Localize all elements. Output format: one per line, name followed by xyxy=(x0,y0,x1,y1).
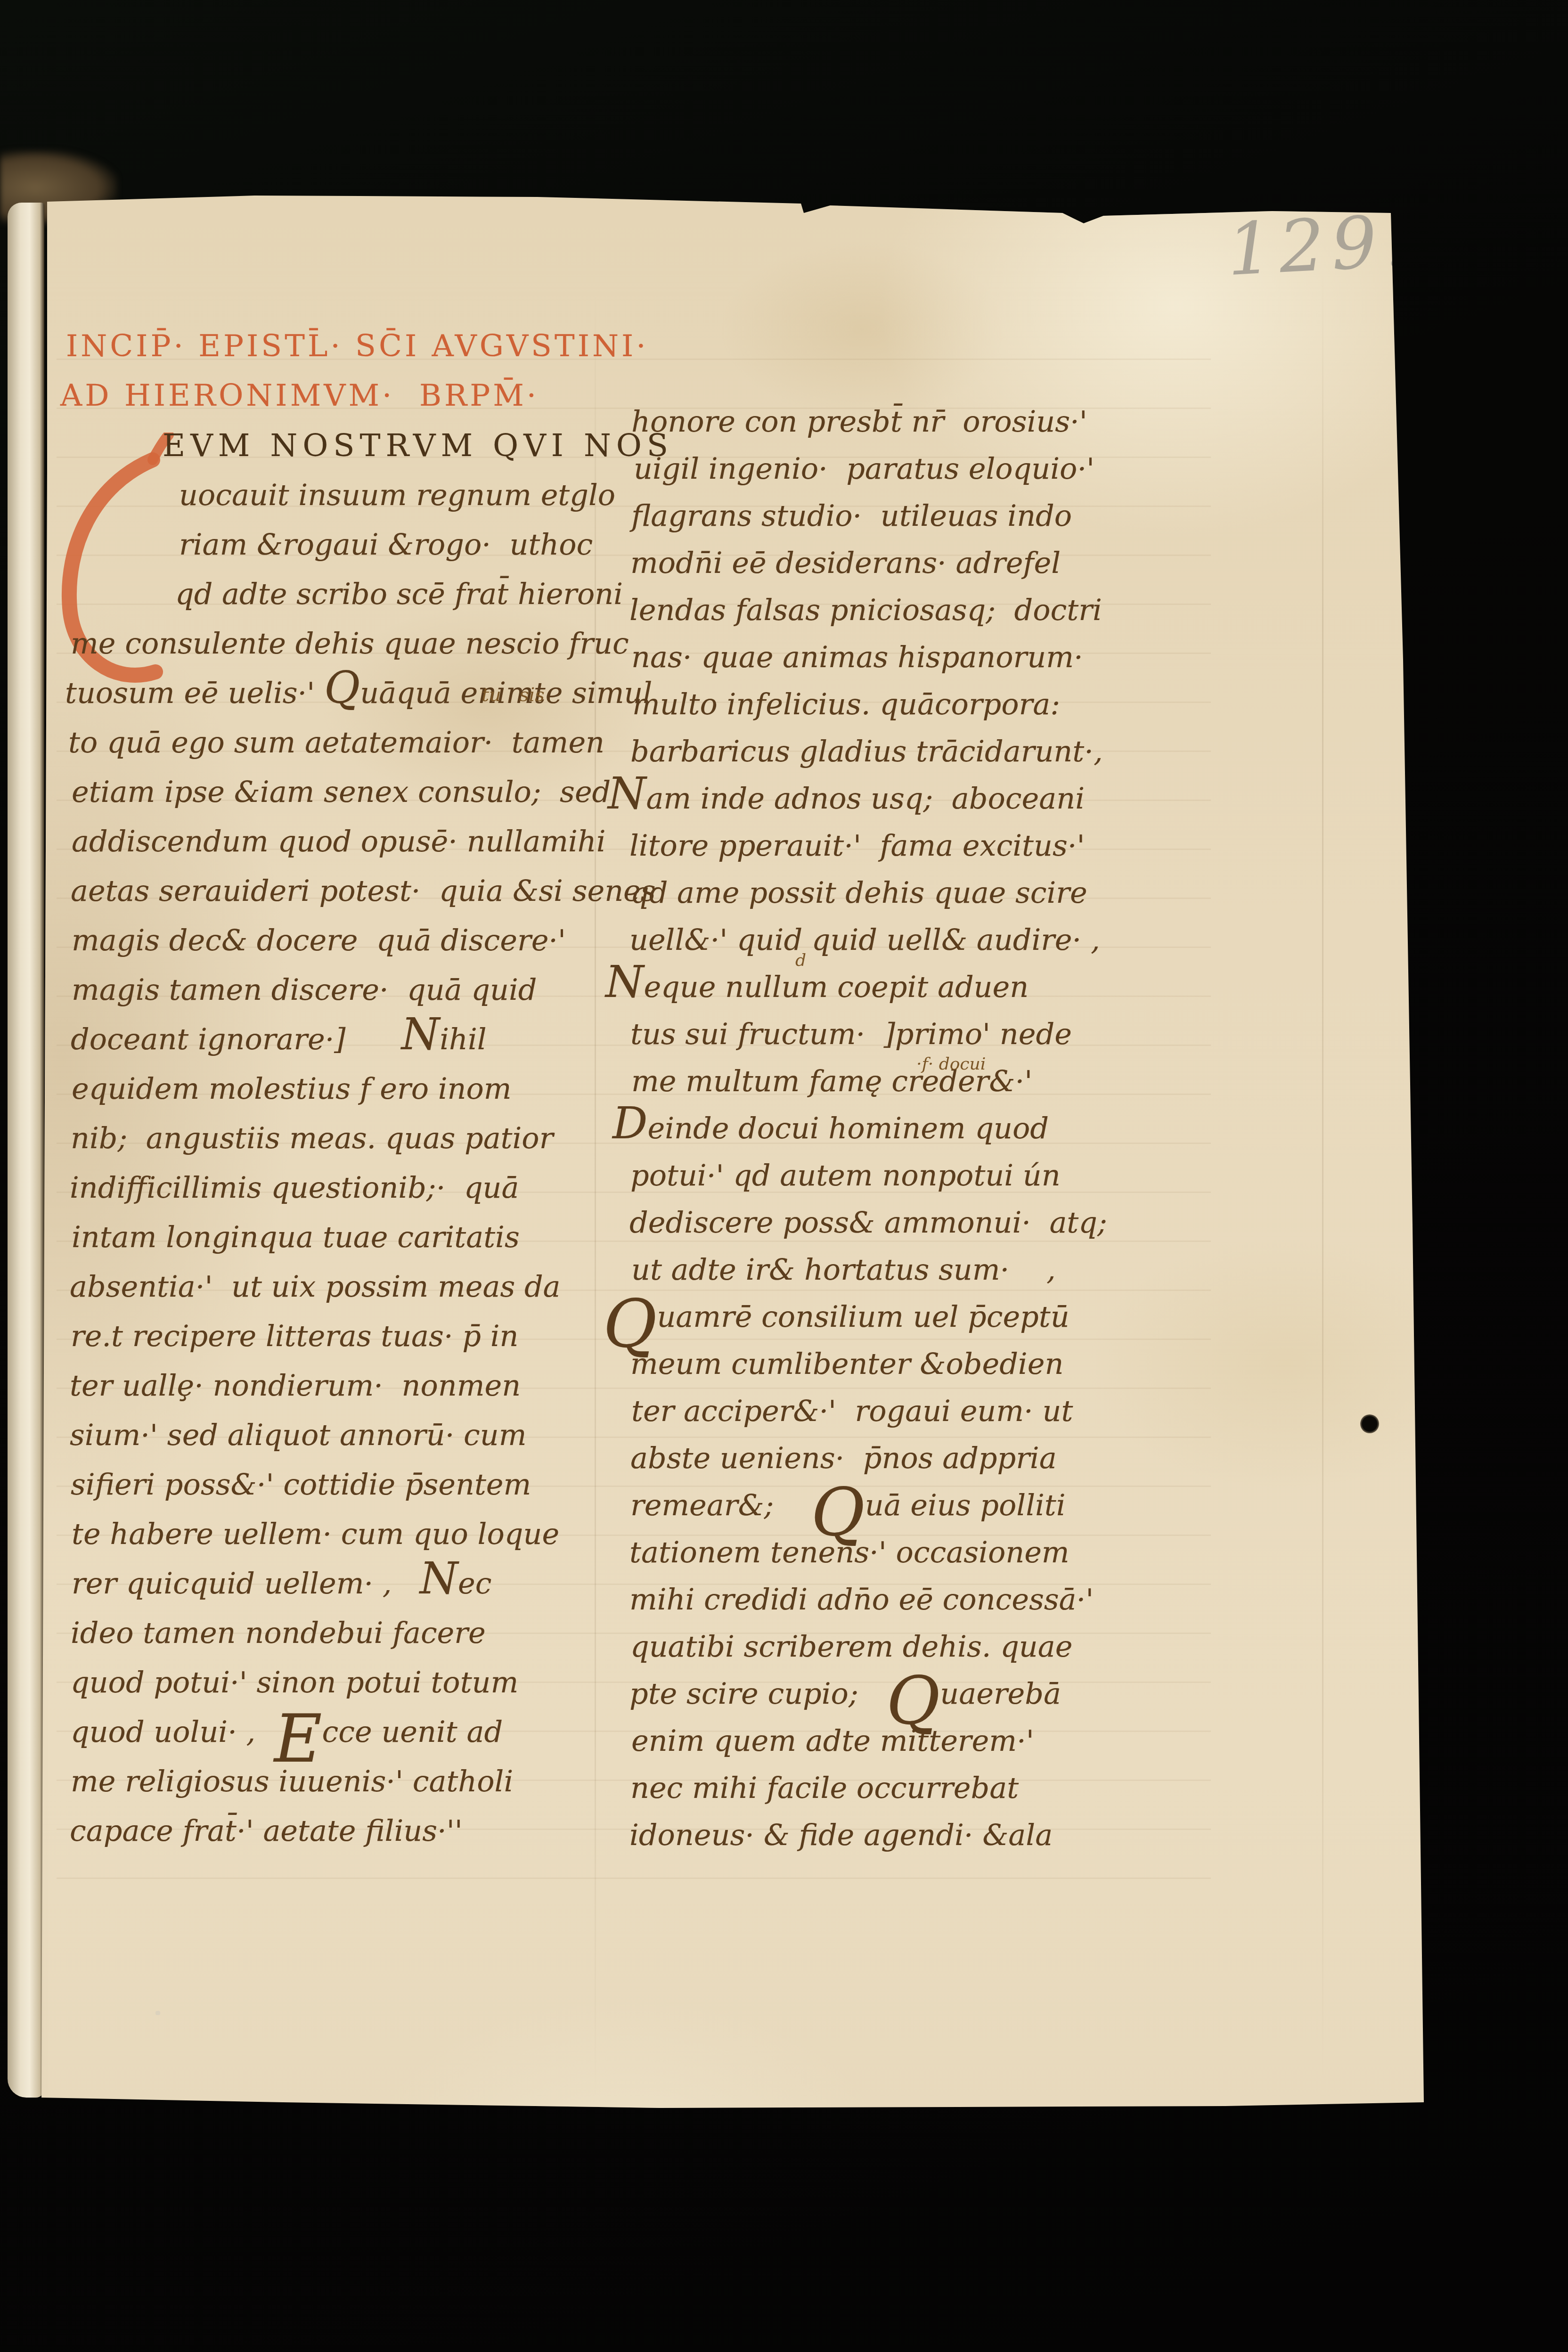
text-segment: honore con presbt̄ nr̄ orosius·' xyxy=(631,404,1087,439)
text-segment: uamrē consilium uel p̄ceptū xyxy=(657,1299,1069,1334)
text-segment: barbaricus gladius trācidarunt·, xyxy=(630,734,1103,768)
manuscript-line: tationem tenens·' occasionem xyxy=(629,1529,1568,1576)
speck xyxy=(384,45,387,48)
text-segment: eque nullum coepit aduen xyxy=(644,970,1029,1004)
text-segment: am inde adnos usq; aboceani xyxy=(646,781,1085,816)
manuscript-line: meum cumlibenter &obedien xyxy=(630,1340,1568,1388)
manuscript-line: remear&; Quā eius polliti xyxy=(630,1482,1568,1529)
manuscript-line: honore con presbt̄ nr̄ orosius·' xyxy=(631,398,1568,445)
manuscript-line: dediscere poss& ammonui· atq; xyxy=(629,1199,1568,1246)
text-segment: remear&; xyxy=(630,1488,811,1522)
manuscript-line: uigil ingenio· paratus eloquio·' xyxy=(634,445,1568,492)
manuscript-line: nas· quae animas hispanorum· xyxy=(631,634,1568,681)
manuscript-line: litore pperauit·' fama excitus·' xyxy=(629,822,1568,869)
text-segment: einde docui hominem quod xyxy=(648,1111,1049,1145)
text-segment: idoneus· & fide agendi· &ala xyxy=(629,1818,1053,1852)
book-page-block-edge xyxy=(8,203,44,2098)
text-segment: uigil ingenio· paratus eloquio·' xyxy=(634,451,1094,486)
manuscript-line: nec mihi facile occurrebat xyxy=(630,1764,1568,1812)
manuscript-line: me multum famę creder&·' xyxy=(631,1058,1568,1105)
speck xyxy=(1468,422,1472,431)
text-segment: quatibi scriberem dehis. quae xyxy=(630,1629,1072,1664)
text-segment: uā eius polliti xyxy=(865,1488,1066,1522)
text-segment: ter acciper&·' rogaui eum· ut xyxy=(631,1394,1073,1428)
manuscript-line: modn̄i eē desiderans· adrefel xyxy=(630,539,1568,587)
right-column: honore con presbt̄ nr̄ orosius·'uigil in… xyxy=(0,398,1568,1859)
manuscript-line: pte scire cupio; Quaerebā xyxy=(629,1670,1568,1717)
manuscript-line: tus sui fructum· ]primo' nede xyxy=(630,1011,1568,1058)
text-segment: D xyxy=(612,1098,648,1149)
manuscript-line: Neque nullum coepit aduen xyxy=(605,964,1568,1011)
text-segment: mihi credidi adn̄o eē concessā·' xyxy=(629,1582,1094,1617)
text-segment: potui·' qd autem nonpotui ún xyxy=(630,1158,1061,1192)
text-segment: nas· quae animas hispanorum· xyxy=(631,640,1083,674)
manuscript-line: Deinde docui hominem quod xyxy=(612,1105,1568,1152)
text-segment: uaerebā xyxy=(940,1676,1061,1711)
manuscript-line: uell&·' quid quid uell& audire· , xyxy=(629,916,1568,964)
manuscript-line: multo infelicius. quācorpora: xyxy=(632,681,1568,728)
rubric-line: INCIP̄· EPISTL̄· SC̄I AVGVSTINI· xyxy=(66,322,1568,371)
manuscript-page: 129. INCIP̄· EPISTL̄· SC̄I AVGVSTINI·AD … xyxy=(0,0,1568,2352)
folio-number: 129. xyxy=(1225,199,1415,292)
text-segment: N xyxy=(605,956,644,1007)
text-segment: lendas falsas pniciosasq; doctri xyxy=(629,593,1102,627)
manuscript-line: ut adte ir& hortatus sum· , xyxy=(631,1246,1568,1293)
text-segment: multo infelicius. quācorpora: xyxy=(632,687,1060,721)
text-segment: flagrans studio· utileuas indo xyxy=(631,498,1072,533)
manuscript-line: ter acciper&·' rogaui eum· ut xyxy=(631,1388,1568,1435)
manuscript-line: qd ame possit dehis quae scire xyxy=(630,869,1568,916)
text-segment: INCIP̄· EPISTL̄· SC̄I AVGVSTINI· xyxy=(66,329,649,364)
text-segment: tus sui fructum· ]primo' nede xyxy=(630,1017,1072,1051)
manuscript-line: barbaricus gladius trācidarunt·, xyxy=(630,728,1568,775)
text-segment: modn̄i eē desiderans· adrefel xyxy=(630,546,1061,580)
text-segment: dediscere poss& ammonui· atq; xyxy=(629,1205,1107,1240)
manuscript-line: abste ueniens· p̄nos adppria xyxy=(630,1435,1568,1482)
manuscript-line: potui·' qd autem nonpotui ún xyxy=(630,1152,1568,1199)
text-segment: N xyxy=(608,768,646,819)
manuscript-line: idoneus· & fide agendi· &ala xyxy=(629,1812,1568,1859)
interlinear-note: ·f· docui xyxy=(916,1054,986,1074)
interlinear-note: d xyxy=(795,951,806,970)
text-segment: abste ueniens· p̄nos adppria xyxy=(630,1441,1057,1475)
manuscript-line: quatibi scriberem dehis. quae xyxy=(630,1623,1568,1670)
text-segment: nec mihi facile occurrebat xyxy=(630,1771,1019,1805)
manuscript-line: lendas falsas pniciosasq; doctri xyxy=(629,587,1568,634)
text-segment: meum cumlibenter &obedien xyxy=(630,1347,1063,1381)
wormhole xyxy=(1360,1414,1379,1433)
text-segment: ut adte ir& hortatus sum· , xyxy=(631,1252,1056,1287)
manuscript-line: flagrans studio· utileuas indo xyxy=(631,492,1568,539)
text-segment: qd ame possit dehis quae scire xyxy=(630,875,1087,910)
text-segment: pte scire cupio; xyxy=(629,1676,886,1711)
text-segment: tationem tenens·' occasionem xyxy=(629,1535,1070,1569)
speck xyxy=(155,2011,160,2015)
text-segment: uell&·' quid quid uell& audire· , xyxy=(629,923,1100,957)
interlinear-note: tu sis xyxy=(482,684,545,706)
text-segment: enim quem adte mitterem·' xyxy=(631,1723,1034,1758)
manuscript-line: enim quem adte mitterem·' xyxy=(631,1717,1568,1764)
manuscript-line: mihi credidi adn̄o eē concessā·' xyxy=(629,1576,1568,1623)
text-segment: litore pperauit·' fama excitus·' xyxy=(629,828,1085,863)
manuscript-line: Quamrē consilium uel p̄ceptū xyxy=(603,1293,1568,1340)
photo-stage: 129. INCIP̄· EPISTL̄· SC̄I AVGVSTINI·AD … xyxy=(0,0,1568,2352)
manuscript-line: Nam inde adnos usq; aboceani xyxy=(608,775,1568,822)
